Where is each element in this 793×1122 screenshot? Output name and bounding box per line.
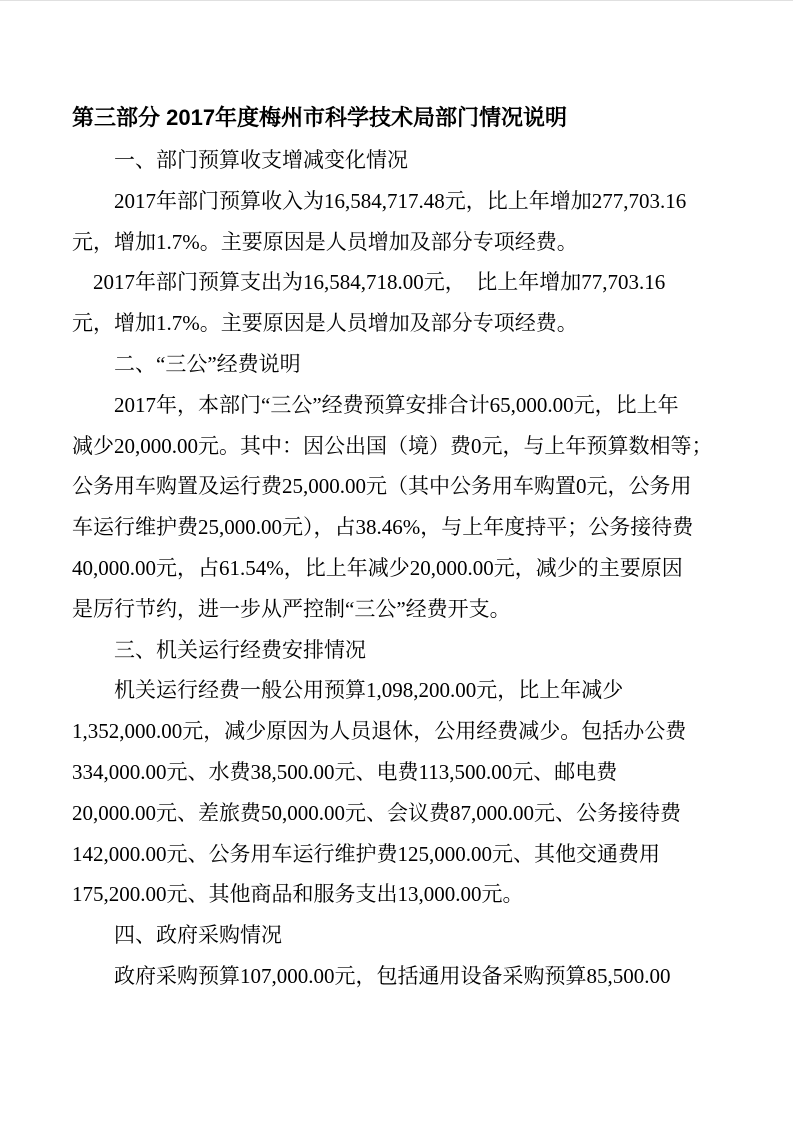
paragraph-line: 元，增加1.7%。主要原因是人员增加及部分专项经费。 (72, 303, 722, 344)
paragraph-line: 公务用车购置及运行费25,000.00元（其中公务用车购置0元，公务用 (72, 466, 722, 507)
section-4-heading: 四、政府采购情况 (114, 915, 722, 956)
paragraph-line: 是厉行节约，进一步从严控制“三公”经费开支。 (72, 589, 722, 630)
paragraph-line: 142,000.00元、公务用车运行维护费125,000.00元、其他交通费用 (72, 834, 722, 875)
document-page: 第三部分 2017年度梅州市科学技术局部门情况说明 一、部门预算收支增减变化情况… (0, 0, 793, 1122)
paragraph-line: 机关运行经费一般公用预算1,098,200.00元，比上年减少 (114, 670, 722, 711)
paragraph-line: 2017年，本部门“三公”经费预算安排合计65,000.00元，比上年 (114, 385, 722, 426)
paragraph-line: 车运行维护费25,000.00元），占38.46%，与上年度持平；公务接待费 (72, 507, 722, 548)
section-1-heading: 一、部门预算收支增减变化情况 (114, 140, 722, 181)
paragraph-line: 2017年部门预算支出为16,584,718.00元， 比上年增加77,703.… (93, 262, 722, 303)
section-2-heading: 二、“三公”经费说明 (114, 344, 722, 385)
paragraph-line: 1,352,000.00元，减少原因为人员退休，公用经费减少。包括办公费 (72, 711, 722, 752)
section-3-heading: 三、机关运行经费安排情况 (114, 630, 722, 671)
document-body: 第三部分 2017年度梅州市科学技术局部门情况说明 一、部门预算收支增减变化情况… (72, 95, 722, 997)
paragraph-line: 2017年部门预算收入为16,584,717.48元，比上年增加277,703.… (114, 181, 722, 222)
paragraph-line: 20,000.00元、差旅费50,000.00元、会议费87,000.00元、公… (72, 793, 722, 834)
paragraph-line: 元，增加1.7%。主要原因是人员增加及部分专项经费。 (72, 222, 722, 263)
paragraph-line: 政府采购预算107,000.00元，包括通用设备采购预算85,500.00 (114, 956, 722, 997)
paragraph-line: 334,000.00元、水费38,500.00元、电费113,500.00元、邮… (72, 752, 722, 793)
paragraph-line: 减少20,000.00元。其中：因公出国（境）费0元，与上年预算数相等； (72, 426, 722, 467)
paragraph-line: 175,200.00元、其他商品和服务支出13,000.00元。 (72, 874, 722, 915)
paragraph-line: 40,000.00元，占61.54%，比上年减少20,000.00元，减少的主要… (72, 548, 722, 589)
document-title: 第三部分 2017年度梅州市科学技术局部门情况说明 (72, 95, 722, 140)
